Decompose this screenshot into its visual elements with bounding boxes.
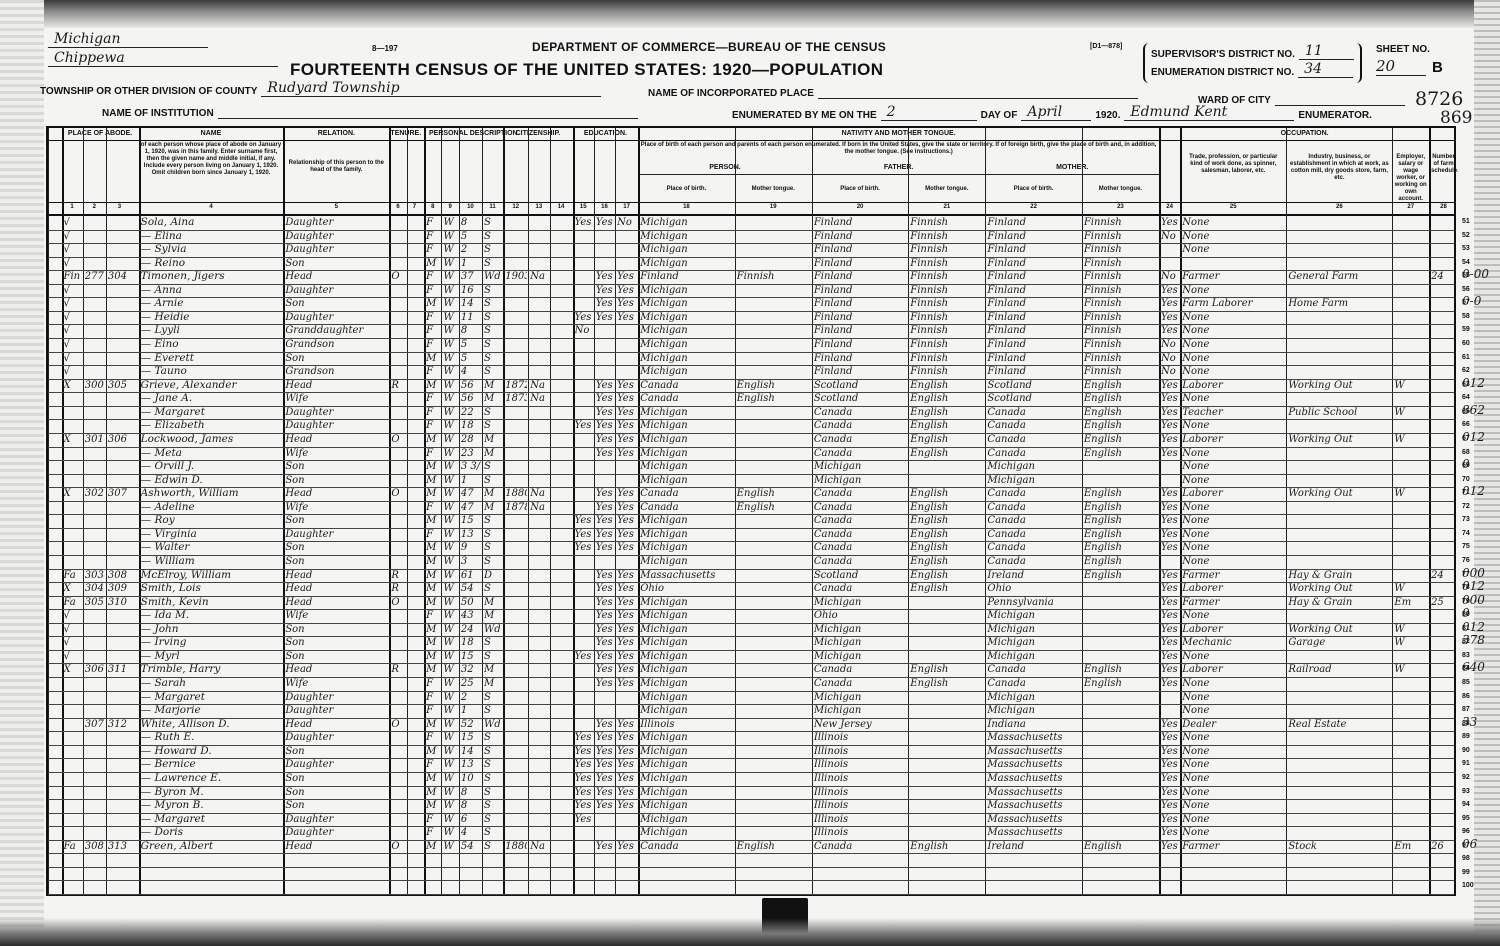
cell-marital: M xyxy=(484,379,502,393)
cell-sex: M xyxy=(426,487,440,501)
cell-name: Grieve, Alexander xyxy=(141,379,283,393)
cell-race: W xyxy=(443,406,457,420)
column-number: 9 xyxy=(441,204,458,213)
cell-birth: Michigan xyxy=(640,514,733,528)
cell-age: 25 xyxy=(461,677,481,691)
cell-trade: Mechanic xyxy=(1182,636,1285,650)
line-number: 66 xyxy=(1462,421,1470,428)
stamp-number-1: 8726 xyxy=(1415,88,1463,110)
table-row xyxy=(48,880,1454,894)
cell-f-birth: Canada xyxy=(814,663,907,677)
cell-m-birth: Michigan xyxy=(987,609,1080,623)
cell-birth: Michigan xyxy=(640,474,733,488)
cell-relation: Daughter xyxy=(285,813,388,827)
cell-trade: None xyxy=(1182,772,1285,786)
line-number: 53 xyxy=(1462,245,1470,252)
cell-age: 47 xyxy=(461,487,481,501)
cell-write: Yes xyxy=(617,731,637,745)
cell-race: W xyxy=(443,704,457,718)
cell-m-birth: Canada xyxy=(987,487,1080,501)
cell-sex: M xyxy=(426,257,440,271)
cell-m-tongue: Finnish xyxy=(1084,270,1158,284)
cell-trade: Laborer xyxy=(1182,379,1285,393)
sheet-side: B xyxy=(1432,59,1443,76)
cell-family: 309 xyxy=(108,582,132,596)
cell-sex: F xyxy=(426,311,440,325)
cell-english: Yes xyxy=(1161,840,1179,854)
cell-f-tongue: English xyxy=(910,555,984,569)
table-row: √— Ida M.WifeFW43MYesYesMichiganOhioMich… xyxy=(48,609,1454,623)
column-number: 19 xyxy=(735,204,812,213)
cell-relation: Head xyxy=(285,270,388,284)
cell-english: Yes xyxy=(1161,297,1179,311)
cell-age: 1 xyxy=(461,257,481,271)
cell-name: — Jane A. xyxy=(141,392,283,406)
cell-age: 4 xyxy=(461,826,481,840)
cell-tongue: English xyxy=(737,501,811,515)
cell-emp: W xyxy=(1394,406,1428,420)
cell-nat: Na xyxy=(530,487,548,501)
cell-relation: Son xyxy=(285,799,388,813)
cell-marital: S xyxy=(484,365,502,379)
cell-sex: M xyxy=(426,718,440,732)
cell-race: W xyxy=(443,758,457,772)
cell-read: Yes xyxy=(596,433,614,447)
cell-trade: None xyxy=(1182,284,1285,298)
cell-write: Yes xyxy=(617,447,637,461)
cell-m-tongue: Finnish xyxy=(1084,230,1158,244)
cell-school: Yes xyxy=(575,786,593,800)
cell-dwelling: 305 xyxy=(85,596,105,610)
table-row xyxy=(48,853,1454,867)
cell-age: 15 xyxy=(461,514,481,528)
cell-race: W xyxy=(443,582,457,596)
cell-relation: Wife xyxy=(285,392,388,406)
cell-relation: Son xyxy=(285,786,388,800)
cell-family: 313 xyxy=(108,840,132,854)
cell-relation: Head xyxy=(285,487,388,501)
cell-marital: S xyxy=(484,514,502,528)
cell-mark: Fa xyxy=(64,840,82,854)
cell-age: 1 xyxy=(461,474,481,488)
cell-race: W xyxy=(443,514,457,528)
cell-marital: S xyxy=(484,745,502,759)
cell-m-birth: Canada xyxy=(987,447,1080,461)
cell-sex: M xyxy=(426,555,440,569)
margin-code: 640 xyxy=(1462,660,1485,674)
cell-write: Yes xyxy=(617,270,637,284)
table-row: √— SylviaDaughterFW2SMichiganFinlandFinn… xyxy=(48,243,1454,257)
enumerator-name: Edmund Kent xyxy=(1130,104,1227,120)
cell-m-birth: Michigan xyxy=(987,650,1080,664)
line-number: 86 xyxy=(1462,693,1470,700)
cell-read: Yes xyxy=(596,609,614,623)
institution-field: NAME OF INSTITUTION xyxy=(102,104,638,119)
cell-name: — Everett xyxy=(141,352,283,366)
cell-english: Yes xyxy=(1161,433,1179,447)
cell-tongue: Finnish xyxy=(737,270,811,284)
cell-trade: Farm Laborer xyxy=(1182,297,1285,311)
cell-sex: M xyxy=(426,352,440,366)
cell-name: — Margaret xyxy=(141,813,283,827)
cell-m-birth: Michigan xyxy=(987,460,1080,474)
cell-birth: Michigan xyxy=(640,365,733,379)
column-header-farm: Number of farm schedule. xyxy=(1429,140,1458,202)
line-number: 54 xyxy=(1462,259,1470,266)
cell-birth: Michigan xyxy=(640,596,733,610)
cell-marital: S xyxy=(484,704,502,718)
cell-f-birth: Illinois xyxy=(814,826,907,840)
cell-sex: F xyxy=(426,704,440,718)
cell-tongue: English xyxy=(737,840,811,854)
cell-relation: Wife xyxy=(285,609,388,623)
cell-read: Yes xyxy=(596,786,614,800)
column-number: 11 xyxy=(482,204,503,213)
cell-trade: None xyxy=(1182,324,1285,338)
column-number: 13 xyxy=(528,204,549,213)
cell-relation: Son xyxy=(285,650,388,664)
cell-name: Smith, Kevin xyxy=(141,596,283,610)
cell-race: W xyxy=(443,609,457,623)
cell-age: 5 xyxy=(461,338,481,352)
line-number: 60 xyxy=(1462,340,1470,347)
cell-m-tongue: Finnish xyxy=(1084,257,1158,271)
cell-english: No xyxy=(1161,270,1179,284)
cell-m-birth: Canada xyxy=(987,677,1080,691)
cell-emp: W xyxy=(1394,636,1428,650)
cell-trade: None xyxy=(1182,216,1285,230)
cell-m-birth: Finland xyxy=(987,216,1080,230)
cell-trade: Teacher xyxy=(1182,406,1285,420)
header-rule xyxy=(48,140,1454,141)
cell-name: — Irving xyxy=(141,636,283,650)
ward-field: WARD OF CITY xyxy=(1198,91,1405,106)
cell-school: Yes xyxy=(575,772,593,786)
cell-f-tongue: English xyxy=(910,528,984,542)
cell-m-birth: Finland xyxy=(987,297,1080,311)
cell-birth: Michigan xyxy=(640,297,733,311)
cell-name: — Adeline xyxy=(141,501,283,515)
cell-industry: General Farm xyxy=(1288,270,1391,284)
cell-imm: 1903 xyxy=(505,270,527,284)
cell-english: Yes xyxy=(1161,745,1179,759)
table-row: √— MyrlSonMW15SYesYesYesMichiganMichigan… xyxy=(48,650,1454,664)
cell-trade: None xyxy=(1182,786,1285,800)
cell-trade: None xyxy=(1182,419,1285,433)
column-number: 21 xyxy=(908,204,985,213)
cell-write: Yes xyxy=(617,799,637,813)
column-number: 27 xyxy=(1392,204,1429,213)
cell-read: Yes xyxy=(596,270,614,284)
cell-trade: None xyxy=(1182,311,1285,325)
cell-m-tongue: Finnish xyxy=(1084,324,1158,338)
cell-race: W xyxy=(443,257,457,271)
cell-relation: Daughter xyxy=(285,419,388,433)
cell-f-birth: Canada xyxy=(814,840,907,854)
cell-race: W xyxy=(443,419,457,433)
cell-read: Yes xyxy=(596,297,614,311)
cell-m-birth: Canada xyxy=(987,514,1080,528)
cell-m-birth: Canada xyxy=(987,541,1080,555)
table-row: √— LyyliGranddaughterFW8SNoMichiganFinla… xyxy=(48,324,1454,338)
cell-write: No xyxy=(617,216,637,230)
table-row: — Myron B.SonMW8SYesYesYesMichiganIllino… xyxy=(48,799,1454,813)
cell-sex: M xyxy=(426,636,440,650)
cell-name: — Margaret xyxy=(141,406,283,420)
cell-write: Yes xyxy=(617,528,637,542)
department-line: DEPARTMENT OF COMMERCE—BUREAU OF THE CEN… xyxy=(532,40,886,54)
cell-age: 13 xyxy=(461,758,481,772)
cell-name: McElroy, William xyxy=(141,569,283,583)
cell-m-tongue: English xyxy=(1084,419,1158,433)
cell-birth: Michigan xyxy=(640,623,733,637)
cell-age: 15 xyxy=(461,650,481,664)
table-row: — Byron M.SonMW8SYesYesYesMichiganIllino… xyxy=(48,786,1454,800)
cell-write: Yes xyxy=(617,541,637,555)
cell-birth: Michigan xyxy=(640,460,733,474)
cell-f-birth: Scotland xyxy=(814,379,907,393)
margin-code: 0 xyxy=(1462,457,1470,471)
cell-f-birth: Michigan xyxy=(814,704,907,718)
cell-trade: None xyxy=(1182,555,1285,569)
cell-race: W xyxy=(443,392,457,406)
cell-birth: Michigan xyxy=(640,799,733,813)
cell-name: Smith, Lois xyxy=(141,582,283,596)
column-number: 5 xyxy=(283,204,389,213)
cell-mark: √ xyxy=(64,297,82,311)
line-number: 94 xyxy=(1462,801,1470,808)
cell-sex: M xyxy=(426,474,440,488)
cell-age: 18 xyxy=(461,419,481,433)
cell-industry: Working Out xyxy=(1288,487,1391,501)
cell-name: — Orvill J. xyxy=(141,460,283,474)
cell-nat: Na xyxy=(530,392,548,406)
cell-m-tongue: English xyxy=(1084,555,1158,569)
cell-sex: F xyxy=(426,270,440,284)
cell-m-birth: Massachusetts xyxy=(987,799,1080,813)
cell-sex: F xyxy=(426,392,440,406)
cell-nat: Na xyxy=(530,379,548,393)
cell-age: 18 xyxy=(461,636,481,650)
cell-family: 305 xyxy=(108,379,132,393)
cell-read: Yes xyxy=(596,799,614,813)
cell-birth: Michigan xyxy=(640,555,733,569)
cell-birth: Michigan xyxy=(640,257,733,271)
cell-relation: Daughter xyxy=(285,758,388,772)
cell-dwelling: 303 xyxy=(85,569,105,583)
cell-name: Ashworth, William xyxy=(141,487,283,501)
line-number: 99 xyxy=(1462,869,1470,876)
table-row: √— HeidieDaughterFW11SYesYesYesMichiganF… xyxy=(48,311,1454,325)
cell-age: 24 xyxy=(461,623,481,637)
cell-name: — Ruth E. xyxy=(141,731,283,745)
cell-write: Yes xyxy=(617,636,637,650)
cell-trade: Laborer xyxy=(1182,623,1285,637)
cell-read: Yes xyxy=(596,663,614,677)
cell-marital: M xyxy=(484,501,502,515)
cell-school: Yes xyxy=(575,541,593,555)
column-header-tongue: Mother tongue. xyxy=(735,178,812,202)
line-number: 92 xyxy=(1462,774,1470,781)
cell-m-birth: Massachusetts xyxy=(987,745,1080,759)
cell-birth: Michigan xyxy=(640,826,733,840)
cell-read: Yes xyxy=(596,569,614,583)
cell-birth: Michigan xyxy=(640,745,733,759)
column-number: 28 xyxy=(1429,204,1458,213)
cell-write: Yes xyxy=(617,718,637,732)
cell-mark: Fa xyxy=(64,569,82,583)
cell-relation: Son xyxy=(285,772,388,786)
cell-m-birth: Massachusetts xyxy=(987,826,1080,840)
cell-age: 10 xyxy=(461,772,481,786)
cell-english: Yes xyxy=(1161,284,1179,298)
cell-mark: √ xyxy=(64,338,82,352)
cell-sex: F xyxy=(426,365,440,379)
cell-read: Yes xyxy=(596,758,614,772)
form-title: FOURTEENTH CENSUS OF THE UNITED STATES: … xyxy=(290,60,883,80)
cell-relation: Daughter xyxy=(285,691,388,705)
table-row: X306311Trimble, HarryHeadRMW32MYesYesMic… xyxy=(48,663,1454,677)
cell-m-birth: Finland xyxy=(987,284,1080,298)
cell-f-birth: Illinois xyxy=(814,813,907,827)
cell-tenure: R xyxy=(391,379,405,393)
cell-trade: None xyxy=(1182,758,1285,772)
cell-age: 47 xyxy=(461,501,481,515)
margin-code: 0-00 xyxy=(1462,267,1489,281)
cell-read: Yes xyxy=(596,528,614,542)
cell-read: Yes xyxy=(596,623,614,637)
cell-sex: M xyxy=(426,840,440,854)
enumerated-label: ENUMERATED BY ME ON THE xyxy=(732,110,877,121)
cell-tongue: English xyxy=(737,487,811,501)
cell-m-birth: Michigan xyxy=(987,623,1080,637)
column-number: 25 xyxy=(1180,204,1286,213)
cell-race: W xyxy=(443,596,457,610)
cell-english: Yes xyxy=(1161,826,1179,840)
cell-f-birth: Finland xyxy=(814,297,907,311)
cell-f-tongue: Finnish xyxy=(910,243,984,257)
incorporated-label: NAME OF INCORPORATED PLACE xyxy=(648,88,814,99)
cell-marital: S xyxy=(484,813,502,827)
cell-f-birth: Michigan xyxy=(814,650,907,664)
cell-name: — Lyyli xyxy=(141,324,283,338)
incorporated-place-field: NAME OF INCORPORATED PLACE xyxy=(648,84,1138,99)
cell-trade: None xyxy=(1182,650,1285,664)
line-number: 96 xyxy=(1462,828,1470,835)
cell-race: W xyxy=(443,352,457,366)
cell-name: — Walter xyxy=(141,541,283,555)
cell-relation: Son xyxy=(285,297,388,311)
cell-sex: F xyxy=(426,758,440,772)
row-rule xyxy=(48,894,1454,895)
cell-family: 312 xyxy=(108,718,132,732)
table-row: — SarahWifeFW25MYesYesMichiganCanadaEngl… xyxy=(48,677,1454,691)
cell-race: W xyxy=(443,447,457,461)
cell-f-birth: Ohio xyxy=(814,609,907,623)
table-row: — WilliamSonMW3SMichiganCanadaEnglishCan… xyxy=(48,555,1454,569)
cell-tenure: R xyxy=(391,663,405,677)
cell-race: W xyxy=(443,840,457,854)
scan-edge-right xyxy=(1474,0,1500,946)
cell-m-birth: Finland xyxy=(987,338,1080,352)
cell-race: W xyxy=(443,243,457,257)
table-row: X300305Grieve, AlexanderHeadRMW56M1872Na… xyxy=(48,379,1454,393)
cell-imm: 1873 xyxy=(505,392,527,406)
cell-birth: Michigan xyxy=(640,311,733,325)
cell-f-birth: New Jersey xyxy=(814,718,907,732)
cell-age: 32 xyxy=(461,663,481,677)
cell-relation: Head xyxy=(285,569,388,583)
cell-industry: Hay & Grain xyxy=(1288,596,1391,610)
cell-english: No xyxy=(1161,230,1179,244)
cell-name: — Margaret xyxy=(141,691,283,705)
column-header-trade: Trade, profession, or particular kind of… xyxy=(1180,140,1286,202)
cell-english: Yes xyxy=(1161,799,1179,813)
cell-sex: M xyxy=(426,772,440,786)
table-row: — Orvill J.SonMW3 3/12SMichiganMichiganM… xyxy=(48,460,1454,474)
cell-birth: Michigan xyxy=(640,786,733,800)
cell-write: Yes xyxy=(617,379,637,393)
cell-trade: Laborer xyxy=(1182,433,1285,447)
cell-sex: F xyxy=(426,419,440,433)
cell-school: Yes xyxy=(575,745,593,759)
state-field: Michigan xyxy=(48,33,208,48)
cell-english: Yes xyxy=(1161,569,1179,583)
column-header-emp: Employer, salary or wage worker, or work… xyxy=(1392,140,1429,202)
cell-nat: Na xyxy=(530,270,548,284)
cell-f-birth: Finland xyxy=(814,216,907,230)
column-number: 20 xyxy=(812,204,908,213)
cell-race: W xyxy=(443,623,457,637)
cell-read: Yes xyxy=(596,514,614,528)
cell-read: Yes xyxy=(596,718,614,732)
cell-f-birth: Illinois xyxy=(814,731,907,745)
cell-marital: S xyxy=(484,284,502,298)
cell-relation: Wife xyxy=(285,677,388,691)
cell-english: Yes xyxy=(1161,501,1179,515)
cell-marital: S xyxy=(484,826,502,840)
line-number: 62 xyxy=(1462,367,1470,374)
table-row: — Edwin D.SonMW1SMichiganMichiganMichiga… xyxy=(48,474,1454,488)
cell-f-tongue: Finnish xyxy=(910,297,984,311)
cell-marital: S xyxy=(484,460,502,474)
cell-name: — Meta xyxy=(141,447,283,461)
cell-trade: None xyxy=(1182,365,1285,379)
cell-mark: X xyxy=(64,433,82,447)
cell-m-birth: Canada xyxy=(987,433,1080,447)
cell-age: 13 xyxy=(461,528,481,542)
cell-dwelling: 300 xyxy=(85,379,105,393)
cell-age: 54 xyxy=(461,582,481,596)
cell-marital: S xyxy=(484,541,502,555)
cell-f-birth: Illinois xyxy=(814,786,907,800)
cell-relation: Wife xyxy=(285,501,388,515)
cell-trade: Laborer xyxy=(1182,582,1285,596)
table-row: — DorisDaughterFW4SMichiganIllinoisMassa… xyxy=(48,826,1454,840)
cell-m-birth: Massachusetts xyxy=(987,758,1080,772)
cell-name: White, Allison D. xyxy=(141,718,283,732)
cell-relation: Daughter xyxy=(285,284,388,298)
cell-relation: Son xyxy=(285,352,388,366)
cell-nat: Na xyxy=(530,840,548,854)
cell-marital: S xyxy=(484,636,502,650)
cell-birth: Canada xyxy=(640,379,733,393)
cell-tongue: English xyxy=(737,379,811,393)
cell-school: Yes xyxy=(575,813,593,827)
cell-race: W xyxy=(443,324,457,338)
district-box: SUPERVISOR'S DISTRICT NO. 11 ENUMERATION… xyxy=(1143,43,1362,83)
cell-relation: Granddaughter xyxy=(285,324,388,338)
